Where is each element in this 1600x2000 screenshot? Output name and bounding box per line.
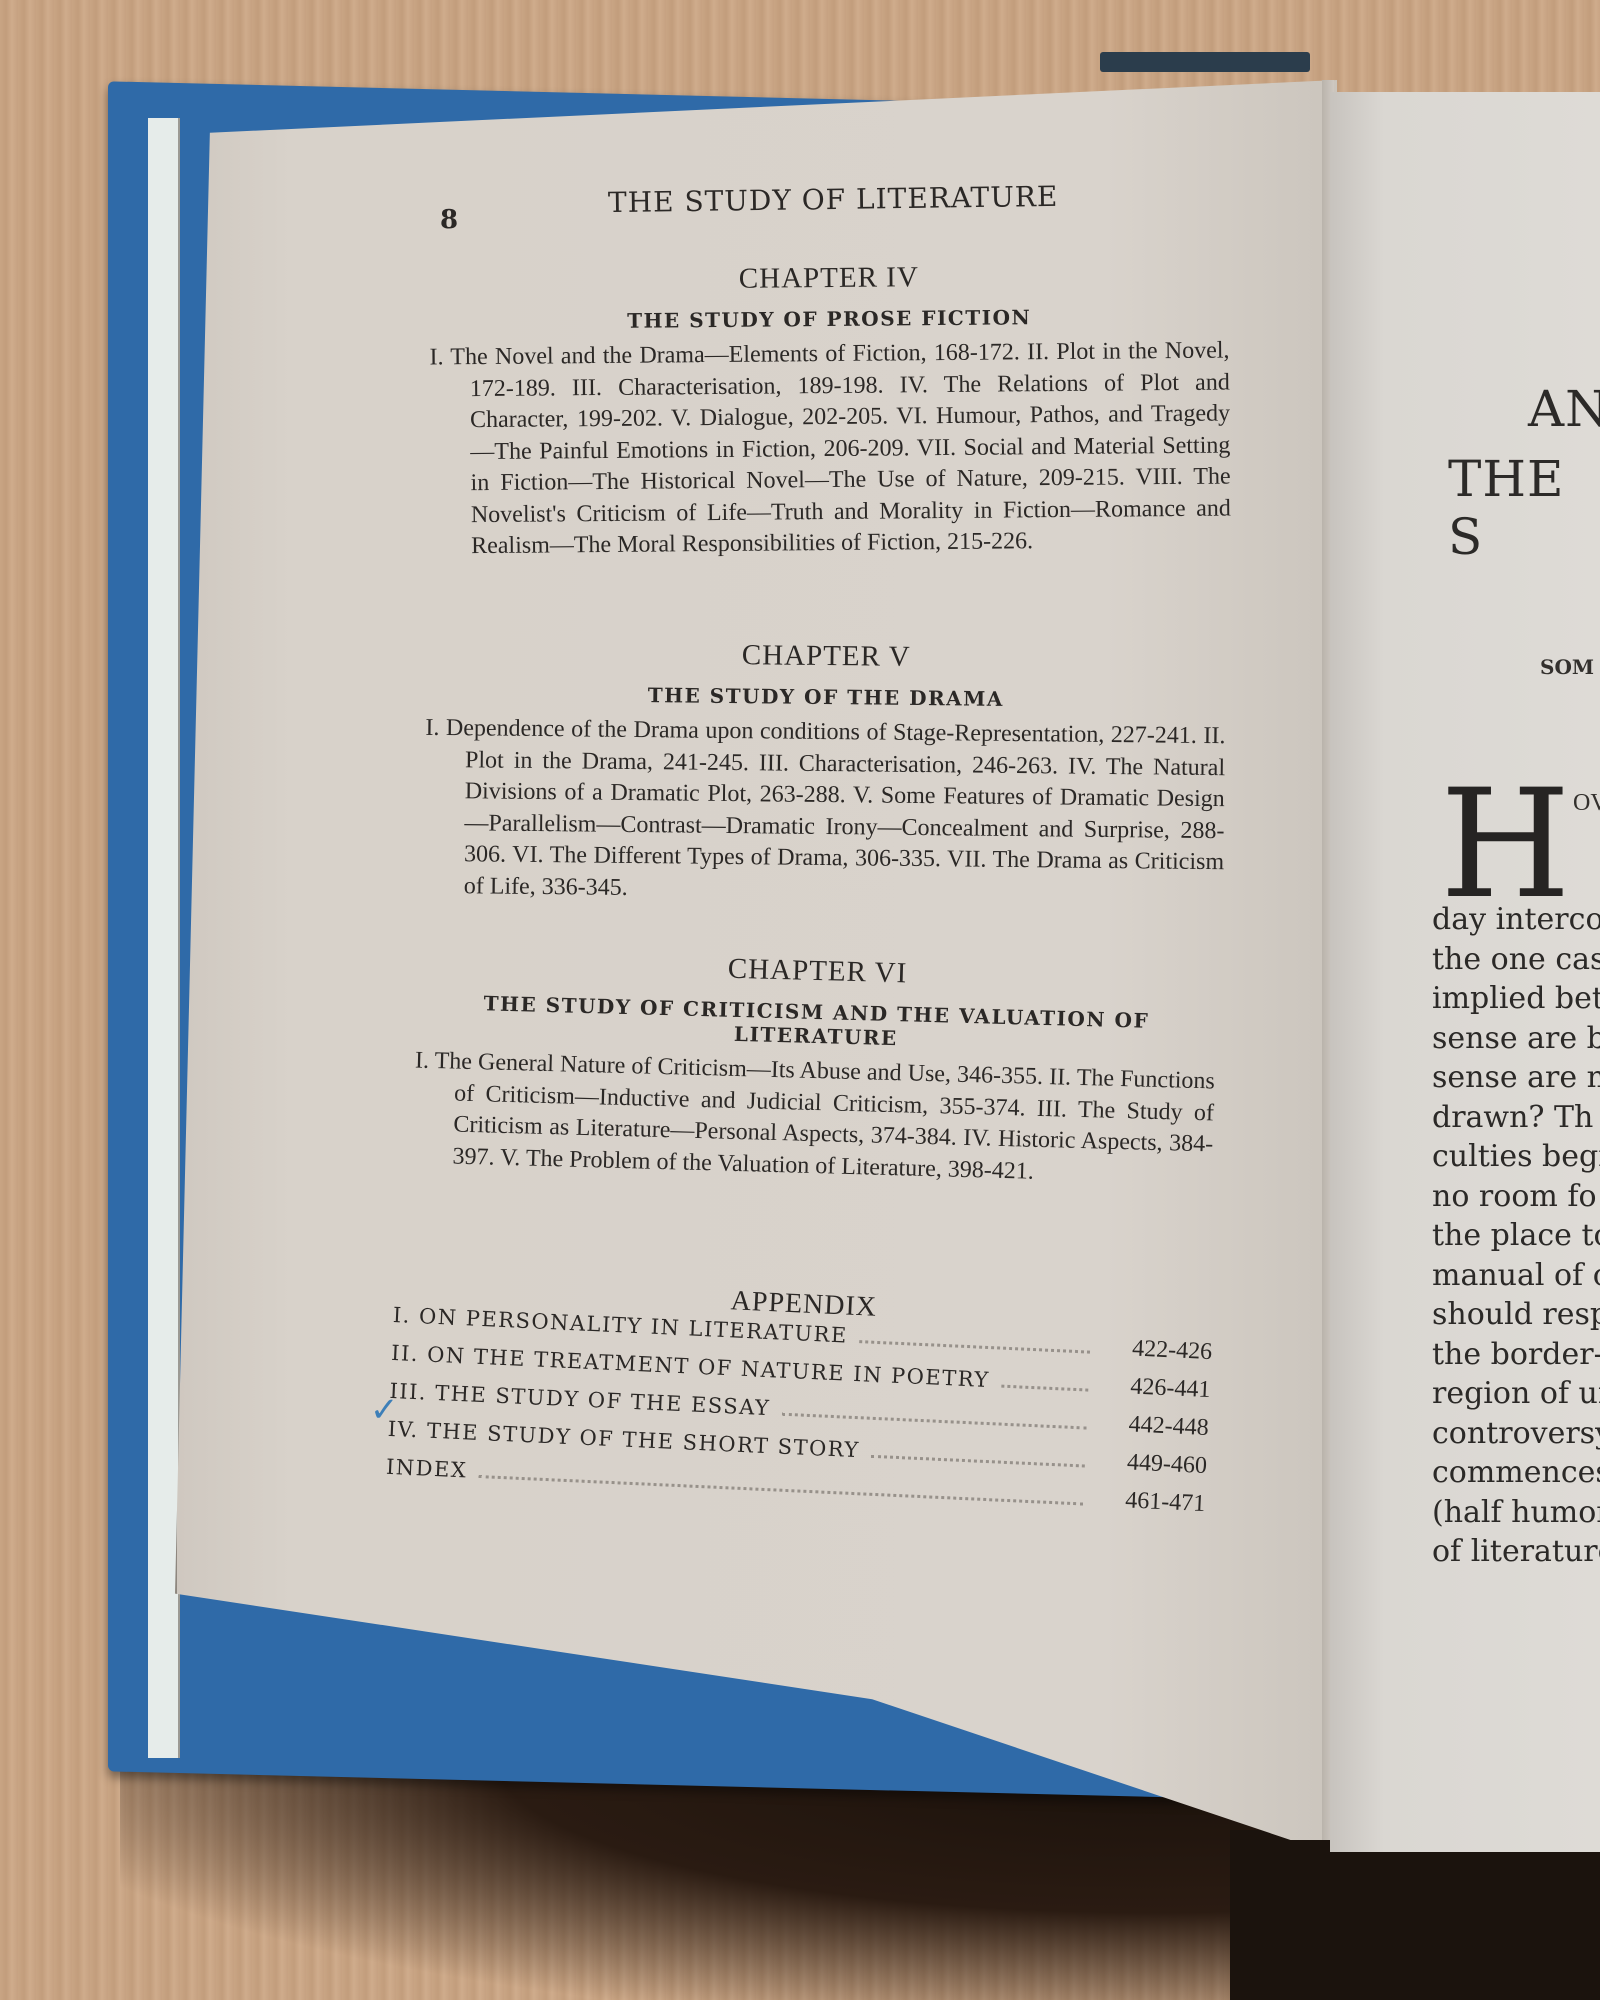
right-title-line1: AN <box>1528 380 1600 438</box>
body-line: controversy <box>1432 1414 1600 1454</box>
appendix-item-pages: 449-460 <box>1096 1448 1207 1480</box>
body-line: commences. <box>1432 1453 1600 1493</box>
appendix-item-pages: 426-441 <box>1100 1372 1211 1404</box>
body-line: no room fo <box>1432 1177 1600 1217</box>
chapter-iv: CHAPTER IV THE STUDY OF PROSE FICTION I.… <box>429 259 1232 563</box>
body-line: should respe <box>1432 1295 1600 1335</box>
chapter-contents: I. The General Nature of Criticism—Its A… <box>412 1046 1215 1193</box>
body-line: manual of c <box>1432 1256 1600 1296</box>
appendix-item-label: INDEX <box>386 1455 468 1483</box>
chapter-vi: CHAPTER VI THE STUDY OF CRITICISM AND TH… <box>412 945 1218 1193</box>
body-line: the border-c <box>1432 1335 1600 1375</box>
leader-dots <box>859 1340 1090 1353</box>
body-line: the one cas <box>1432 940 1600 980</box>
body-line: implied bet <box>1432 979 1600 1019</box>
leader-dots <box>782 1413 1087 1430</box>
body-line: of literature <box>1432 1532 1600 1572</box>
body-line: the place to <box>1432 1216 1600 1256</box>
chapter-title: CHAPTER V <box>426 636 1226 677</box>
chapter-v: CHAPTER V THE STUDY OF THE DRAMA I. Depe… <box>424 636 1227 910</box>
chapter-title: CHAPTER IV <box>429 259 1229 299</box>
book-cover-edge-top <box>1100 52 1310 72</box>
drop-cap: H <box>1440 770 1571 920</box>
appendix-item-pages: 461-471 <box>1095 1486 1206 1518</box>
chapter-contents: I. Dependence of the Drama upon conditio… <box>424 713 1226 910</box>
body-line: region of ur <box>1432 1374 1600 1414</box>
chapter-subtitle: THE STUDY OF PROSE FICTION <box>429 304 1229 335</box>
book-shadow-right <box>1230 1830 1600 2000</box>
body-line: sense are n <box>1432 1058 1600 1098</box>
running-title: THE STUDY OF LITERATURE <box>608 180 1059 219</box>
right-section-heading: SOM <box>1540 655 1594 679</box>
right-body-text: day interco the one cas implied bet sens… <box>1432 900 1600 1572</box>
checkmark-icon: ✓ <box>370 1390 399 1430</box>
chapter-subtitle: THE STUDY OF THE DRAMA <box>426 681 1226 713</box>
body-line: culties begi <box>1432 1137 1600 1177</box>
body-line: drawn? Th <box>1432 1098 1600 1138</box>
endpaper-edge <box>148 118 180 1758</box>
chapter-contents: I. The Novel and the Drama—Elements of F… <box>429 336 1231 563</box>
leader-dots <box>1001 1385 1088 1392</box>
right-title-line2: THE S <box>1448 450 1600 566</box>
leader-dots <box>871 1455 1085 1468</box>
body-line: day interco <box>1432 900 1600 940</box>
body-line: (half humoro <box>1432 1493 1600 1533</box>
appendix: APPENDIX I. ON PERSONALITY IN LITERATURE… <box>385 1270 1214 1529</box>
appendix-item-pages: 422-426 <box>1102 1334 1213 1366</box>
drop-cap-tail: OV <box>1573 790 1600 817</box>
appendix-item-pages: 442-448 <box>1098 1410 1209 1442</box>
page-number: 8 <box>440 205 458 235</box>
body-line: sense are bo <box>1432 1019 1600 1059</box>
